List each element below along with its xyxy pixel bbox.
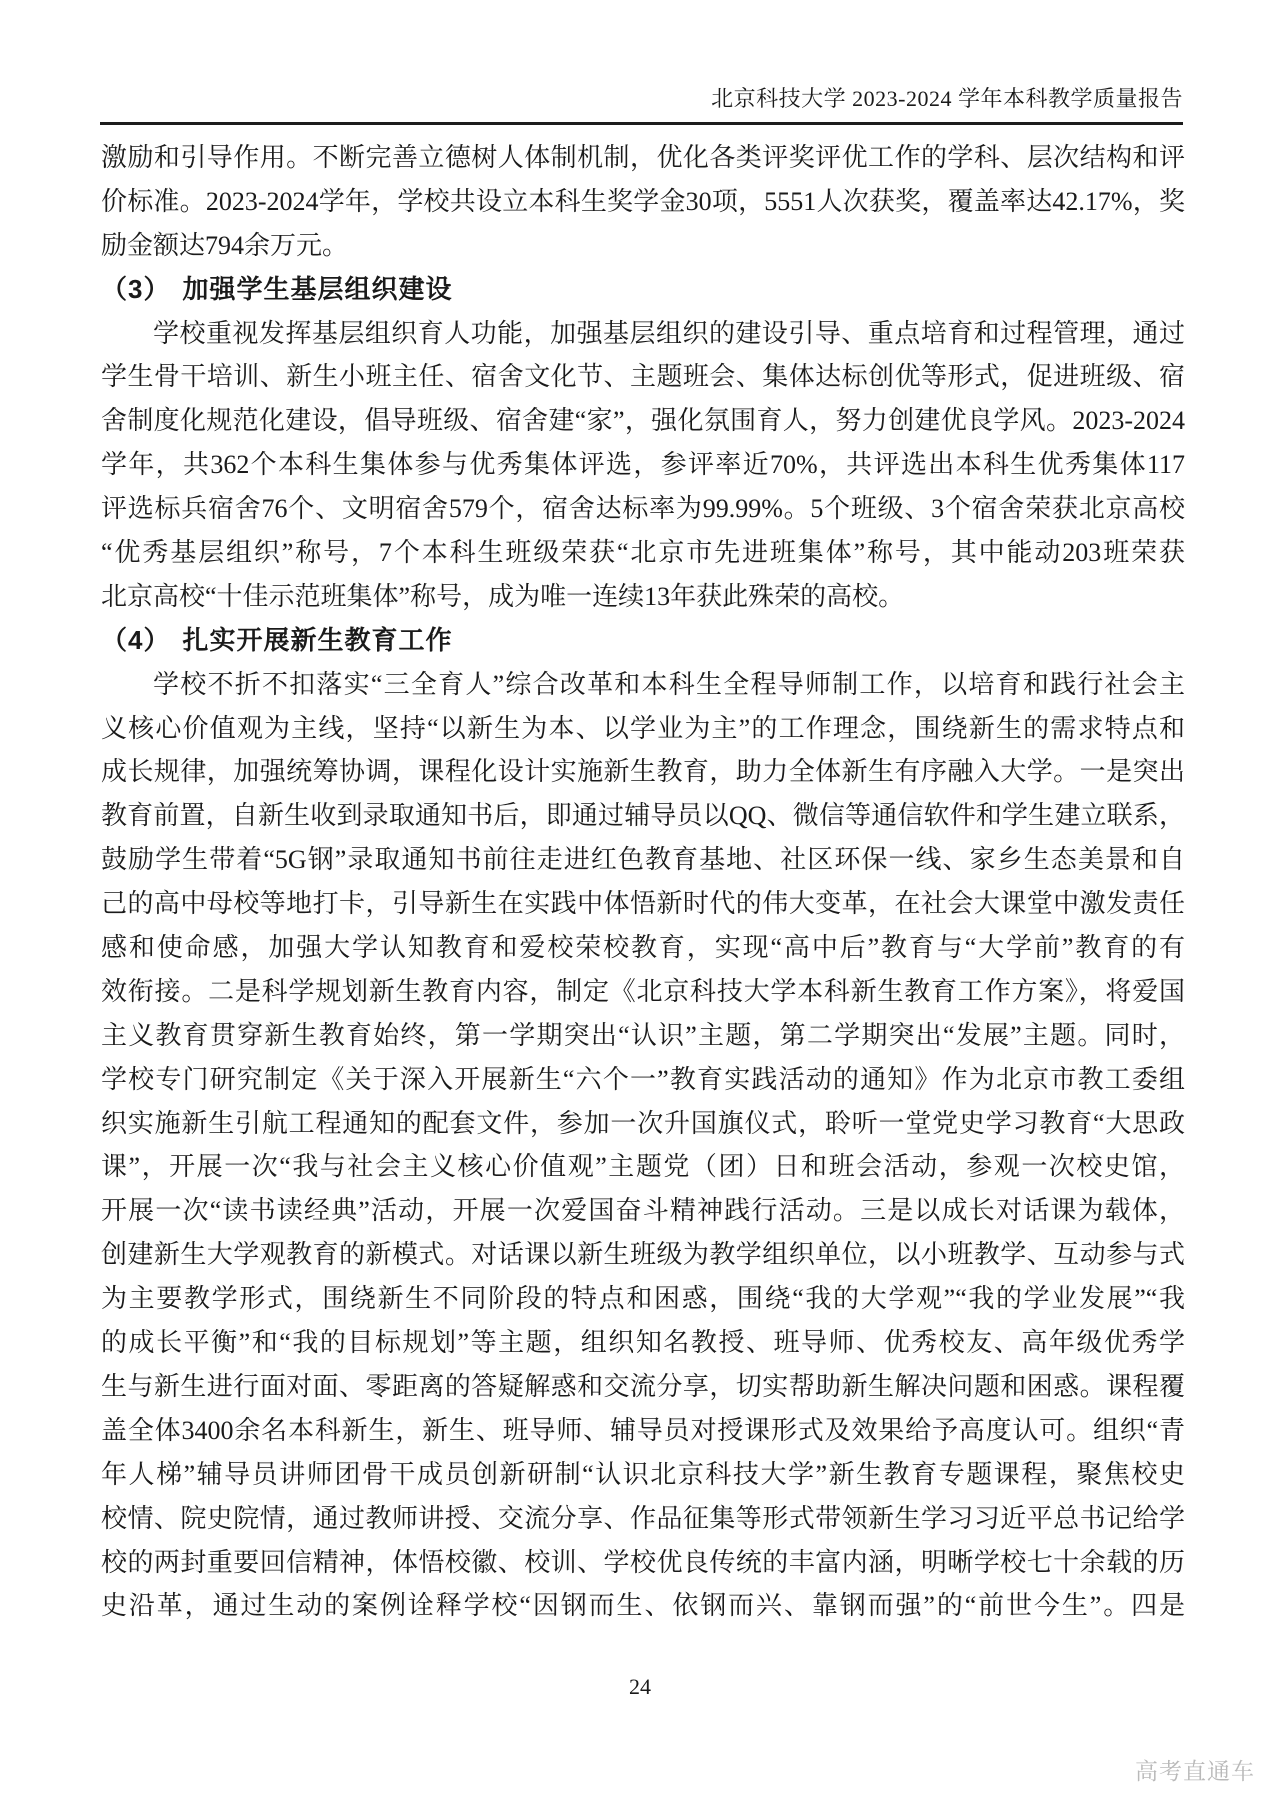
text-line: 评选标兵宿舍76个、文明宿舍579个，宿舍达标率为99.99%。5个班级、3个宿… (101, 487, 1185, 531)
text-line: 效衔接。二是科学规划新生教育内容，制定《北京科技大学本科新生教育工作方案》，将爱… (101, 970, 1185, 1014)
text-line: 教育前置，自新生收到录取通知书后，即通过辅导员以QQ、微信等通信软件和学生建立联… (101, 794, 1185, 838)
text-line: 学校专门研究制定《关于深入开展新生“六个一”教育实践活动的通知》作为北京市教工委… (101, 1058, 1185, 1102)
document-content: 激励和引导作用。不断完善立德树人体制机制，优化各类评奖评优工作的学科、层次结构和… (101, 136, 1185, 1628)
text-line: 校情、院史院情，通过教师讲授、交流分享、作品征集等形式带领新生学习习近平总书记给… (101, 1497, 1185, 1541)
section-heading: （3）加强学生基层组织建设 (101, 268, 1185, 312)
section-title: 加强学生基层组织建设 (182, 274, 452, 304)
text-line: 学生骨干培训、新生小班主任、宿舍文化节、主题班会、集体达标创优等形式，促进班级、… (101, 355, 1185, 399)
text-line: 学校不折不扣落实“三全育人”综合改革和本科生全程导师制工作，以培育和践行社会主 (101, 663, 1185, 707)
section-title: 扎实开展新生教育工作 (182, 625, 452, 655)
text-line: 鼓励学生带着“5G钢”录取通知书前往走进红色教育基地、社区环保一线、家乡生态美景… (101, 838, 1185, 882)
text-line: 励金额达794余万元。 (101, 224, 1185, 268)
section-number: （4） (101, 625, 170, 655)
text-line: 舍制度化规范化建设，倡导班级、宿舍建“家”，强化氛围育人，努力创建优良学风。20… (101, 399, 1185, 443)
page-header: 北京科技大学 2023-2024 学年本科教学质量报告 (100, 84, 1183, 125)
text-line: 成长规律，加强统筹协调，课程化设计实施新生教育，助力全体新生有序融入大学。一是突… (101, 750, 1185, 794)
text-line: 开展一次“读书读经典”活动，开展一次爱国奋斗精神践行活动。三是以成长对话课为载体… (101, 1189, 1185, 1233)
text-line: 织实施新生引航工程通知的配套文件，参加一次升国旗仪式，聆听一堂党史学习教育“大思… (101, 1102, 1185, 1146)
text-line: 义核心价值观为主线，坚持“以新生为本、以学业为主”的工作理念，围绕新生的需求特点… (101, 707, 1185, 751)
text-line: “优秀基层组织”称号，7个本科生班级荣获“北京市先进班集体”称号，其中能动203… (101, 531, 1185, 575)
text-line: 生与新生进行面对面、零距离的答疑解惑和交流分享，切实帮助新生解决问题和困惑。课程… (101, 1365, 1185, 1409)
header-title: 北京科技大学 2023-2024 学年本科教学质量报告 (711, 86, 1183, 111)
text-line: 盖全体3400余名本科新生，新生、班导师、辅导员对授课形式及效果给予高度认可。组… (101, 1409, 1185, 1453)
text-line: 年人梯”辅导员讲师团骨干成员创新研制“认识北京科技大学”新生教育专题课程，聚焦校… (101, 1453, 1185, 1497)
text-line: 学校重视发挥基层组织育人功能，加强基层组织的建设引导、重点培育和过程管理，通过 (101, 312, 1185, 356)
text-line: 己的高中母校等地打卡，引导新生在实践中体悟新时代的伟大变革，在社会大课堂中激发责… (101, 882, 1185, 926)
text-line: 学年，共362个本科生集体参与优秀集体评选，参评率近70%，共评选出本科生优秀集… (101, 443, 1185, 487)
text-line: 史沿革，通过生动的案例诠释学校“因钢而生、依钢而兴、靠钢而强”的“前世今生”。四… (101, 1584, 1185, 1628)
text-line: 北京高校“十佳示范班集体”称号，成为唯一连续13年获此殊荣的高校。 (101, 575, 1185, 619)
text-line: 为主要教学形式，围绕新生不同阶段的特点和困惑，围绕“我的大学观”“我的学业发展”… (101, 1277, 1185, 1321)
text-line: 价标准。2023-2024学年，学校共设立本科生奖学金30项，5551人次获奖，… (101, 180, 1185, 224)
text-line: 创建新生大学观教育的新模式。对话课以新生班级为教学组织单位，以小班教学、互动参与… (101, 1233, 1185, 1277)
section-heading: （4）扎实开展新生教育工作 (101, 619, 1185, 663)
watermark: 高考直通车 (1135, 1756, 1255, 1786)
page-number: 24 (0, 1672, 1280, 1702)
text-line: 的成长平衡”和“我的目标规划”等主题，组织知名教授、班导师、优秀校友、高年级优秀… (101, 1321, 1185, 1365)
text-line: 感和使命感，加强大学认知教育和爱校荣校教育，实现“高中后”教育与“大学前”教育的… (101, 926, 1185, 970)
text-line: 主义教育贯穿新生教育始终，第一学期突出“认识”主题，第二学期突出“发展”主题。同… (101, 1014, 1185, 1058)
section-number: （3） (101, 274, 170, 304)
text-line: 激励和引导作用。不断完善立德树人体制机制，优化各类评奖评优工作的学科、层次结构和… (101, 136, 1185, 180)
text-line: 课”，开展一次“我与社会主义核心价值观”主题党（团）日和班会活动，参观一次校史馆… (101, 1145, 1185, 1189)
text-line: 校的两封重要回信精神，体悟校徽、校训、学校优良传统的丰富内涵，明晰学校七十余载的… (101, 1541, 1185, 1585)
